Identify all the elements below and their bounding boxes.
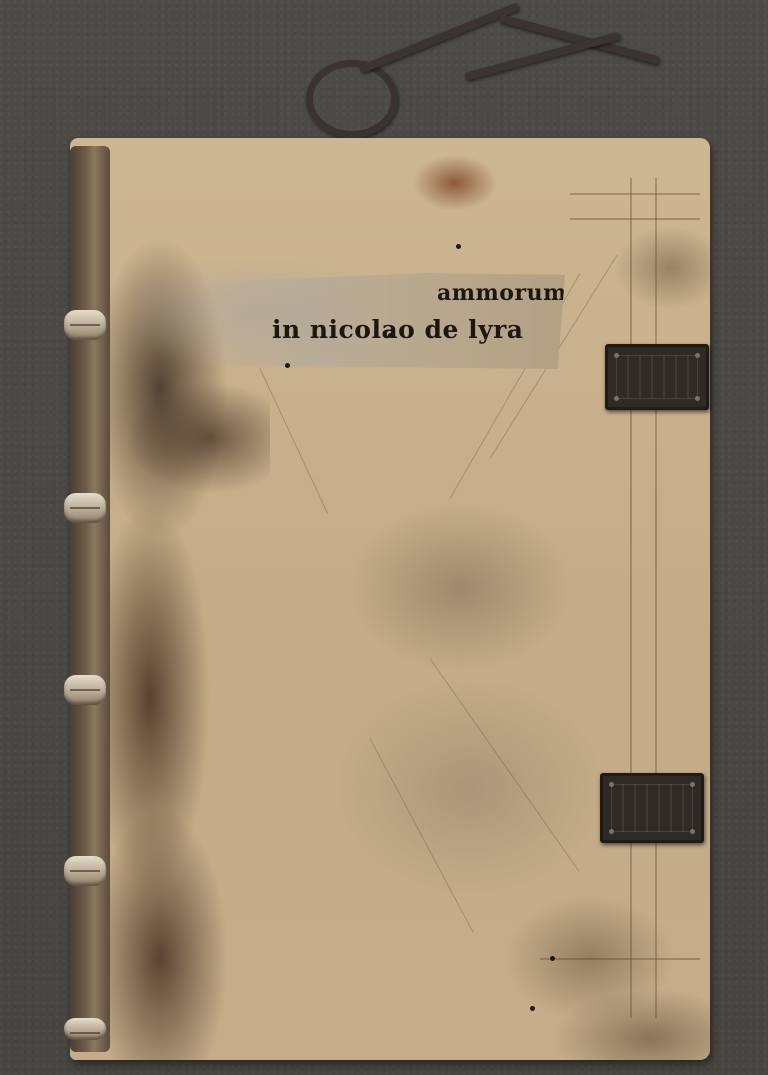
worm-hole: [530, 1006, 535, 1011]
worm-hole: [550, 956, 555, 961]
spine-raised-band: [64, 310, 106, 340]
rivet: [609, 829, 614, 834]
blind-ruling-line: [630, 178, 632, 1018]
scratch-mark: [430, 658, 580, 872]
worm-hole: [388, 333, 393, 338]
blind-ruling-line: [540, 958, 700, 960]
rivet: [690, 829, 695, 834]
label-line-1: ammorum: [437, 280, 567, 306]
title-label: ammorum in nicolao de lyra: [200, 273, 565, 369]
spine: [70, 146, 110, 1052]
scratch-mark: [370, 738, 474, 933]
rivet: [614, 353, 619, 358]
spine-raised-band: [64, 493, 106, 523]
blind-ruling-line: [570, 193, 700, 195]
spine-raised-band: [64, 675, 106, 705]
rivet: [695, 353, 700, 358]
spine-raised-band: [64, 856, 106, 886]
blind-ruling-line: [655, 178, 657, 1018]
book-cover: ammorum in nicolao de lyra: [70, 138, 710, 1060]
lower-clasp: [600, 773, 704, 843]
blind-ruling-line: [570, 218, 700, 220]
upper-clasp: [605, 344, 709, 410]
rivet: [690, 782, 695, 787]
label-line-2: in nicolao de lyra: [272, 315, 524, 344]
rivet: [609, 782, 614, 787]
chain-ring-icon: [306, 60, 398, 138]
worm-hole: [456, 244, 461, 249]
rivet: [695, 396, 700, 401]
spine-raised-band: [64, 1018, 106, 1040]
rivet: [614, 396, 619, 401]
worm-hole: [285, 363, 290, 368]
